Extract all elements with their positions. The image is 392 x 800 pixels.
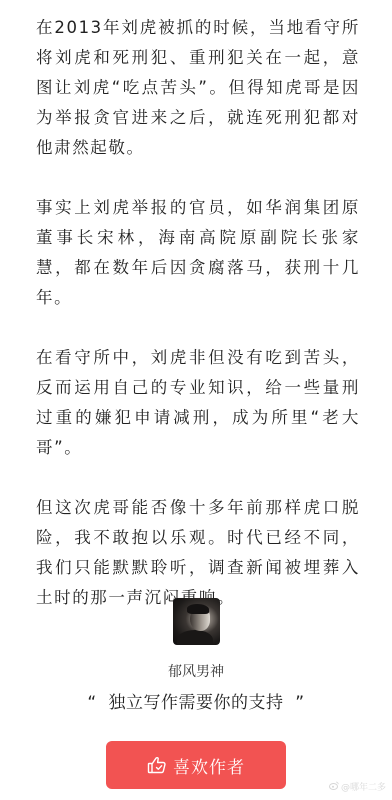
- avatar-hair-shape: [187, 604, 209, 614]
- watermark-text: @哪年二多: [341, 780, 386, 793]
- avatar-shoulder-shape: [177, 630, 213, 645]
- weibo-watermark: @哪年二多: [329, 780, 386, 793]
- thumbs-up-icon: [147, 755, 167, 775]
- author-card: 郁风男神 “ 独立写作需要你的支持 ” 喜欢作者: [0, 598, 392, 789]
- author-name[interactable]: 郁风男神: [168, 662, 224, 682]
- article-paragraph-1: 在2013年刘虎被抓的时候，当地看守所将刘虎和死刑犯、重刑犯关在一起，意图让刘虎…: [36, 13, 360, 163]
- like-author-button[interactable]: 喜欢作者: [106, 741, 286, 789]
- article-paragraph-4: 但这次虎哥能否像十多年前那样虎口脱险，我不敢抱以乐观。时代已经不同，我们只能默默…: [36, 493, 360, 613]
- like-author-label: 喜欢作者: [173, 753, 245, 778]
- support-message: “ 独立写作需要你的支持 ”: [87, 691, 304, 715]
- article-paragraph-3: 在看守所中，刘虎非但没有吃到苦头，反而运用自己的专业知识，给一些量刑过重的嫌犯申…: [36, 343, 360, 463]
- weibo-icon: [329, 781, 339, 793]
- author-avatar[interactable]: [173, 598, 220, 645]
- article-paragraph-2: 事实上刘虎举报的官员，如华润集团原董事长宋林，海南高院原副院长张家慧，都在数年后…: [36, 193, 360, 313]
- article-body: 在2013年刘虎被抓的时候，当地看守所将刘虎和死刑犯、重刑犯关在一起，意图让刘虎…: [36, 13, 360, 643]
